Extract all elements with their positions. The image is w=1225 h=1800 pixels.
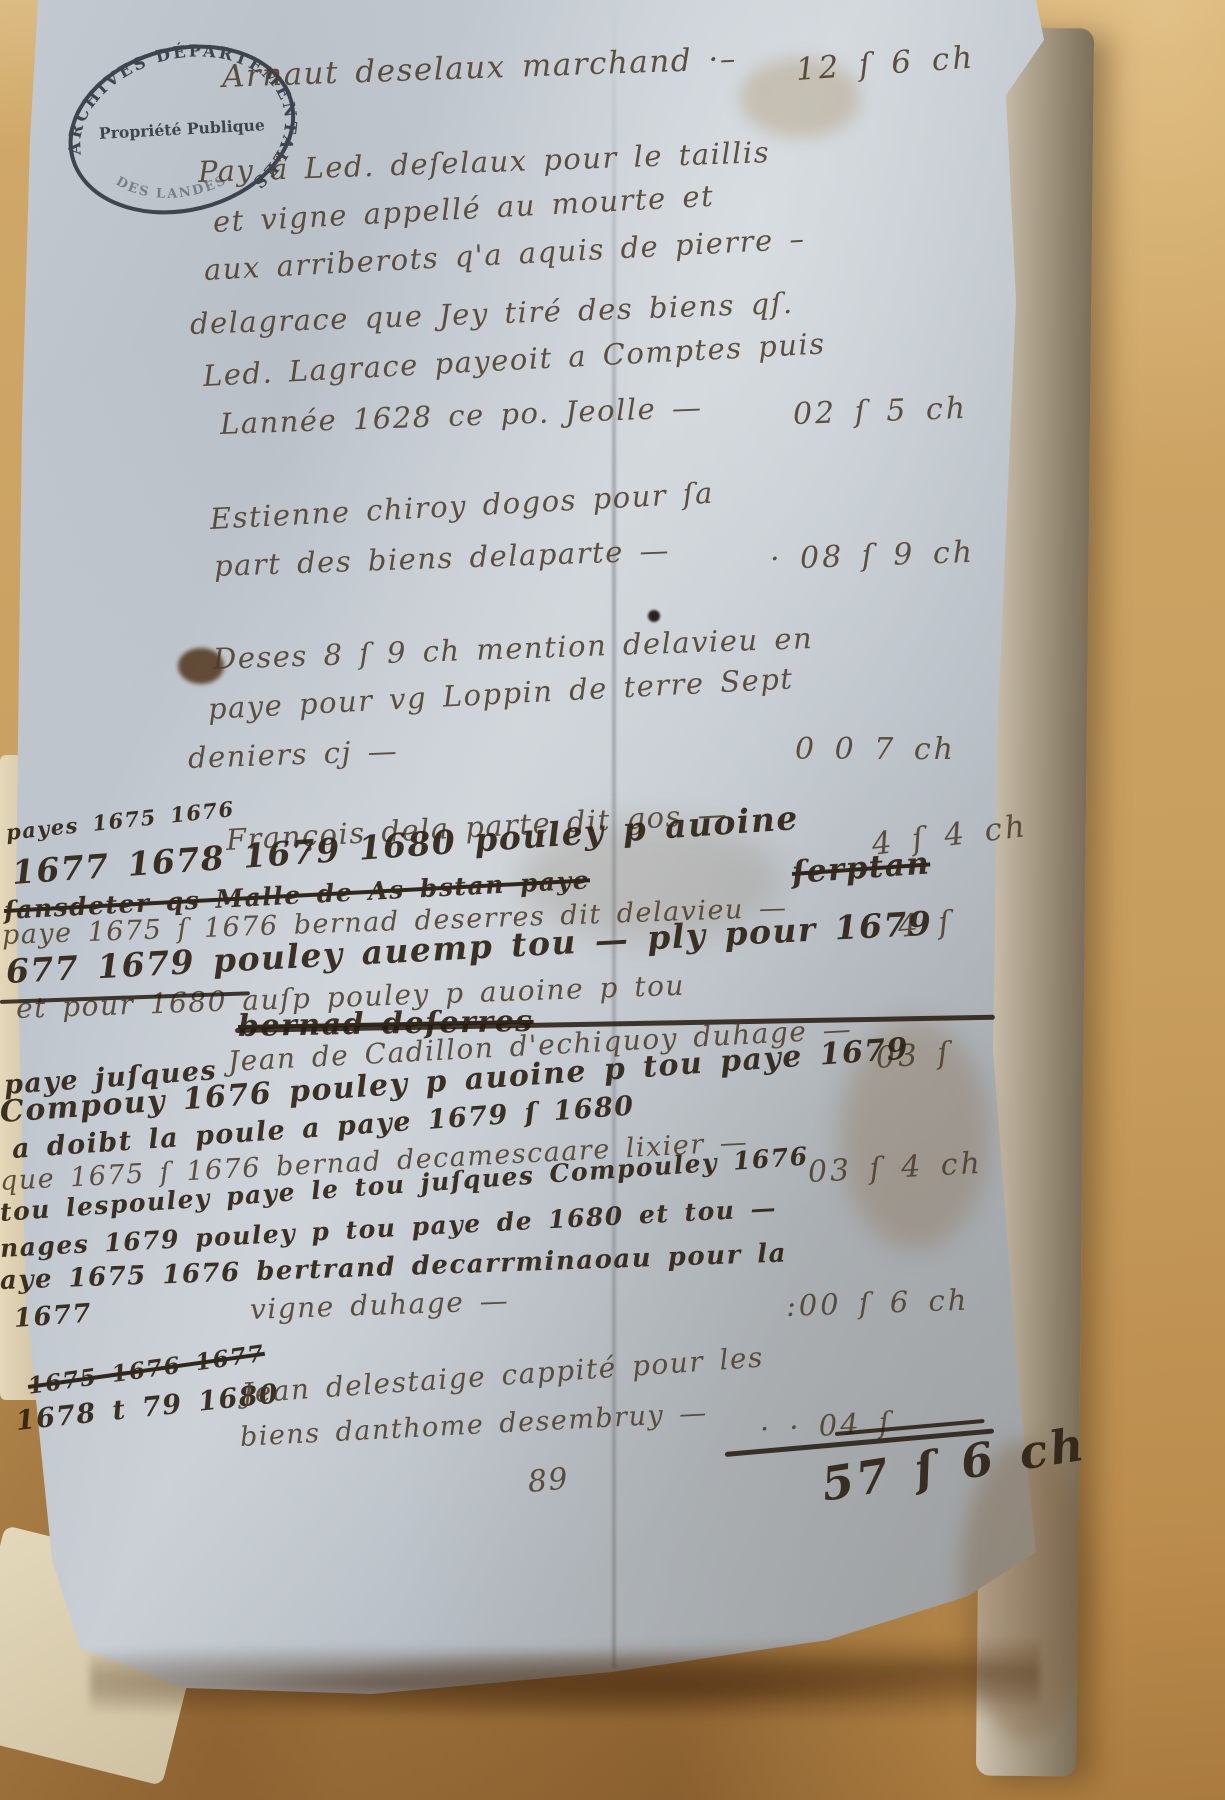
entry1-amount2: 02 ſ 5 ch bbox=[792, 394, 968, 430]
entry7-amount2: :00 ſ 6 ch bbox=[785, 1286, 969, 1321]
stamp-center-text: Propriété Publique bbox=[98, 115, 265, 143]
stain bbox=[648, 610, 660, 622]
manuscript-photo: ARCHIVES DÉPARTEMENTALES DES LANDES Prop… bbox=[0, 0, 1225, 1800]
page-number: 89 bbox=[527, 1464, 571, 1497]
entry3-line: deniers cj — bbox=[187, 737, 398, 773]
entry7-amount: 03 ſ 4 ch bbox=[807, 1149, 983, 1188]
entry3-amount: 0 0 7 ch bbox=[795, 735, 956, 765]
burned-bottom-edge bbox=[90, 1638, 1040, 1718]
entry2-amount: · 08 ſ 9 ch bbox=[769, 538, 975, 575]
margin-note: 1677 bbox=[13, 1301, 93, 1332]
